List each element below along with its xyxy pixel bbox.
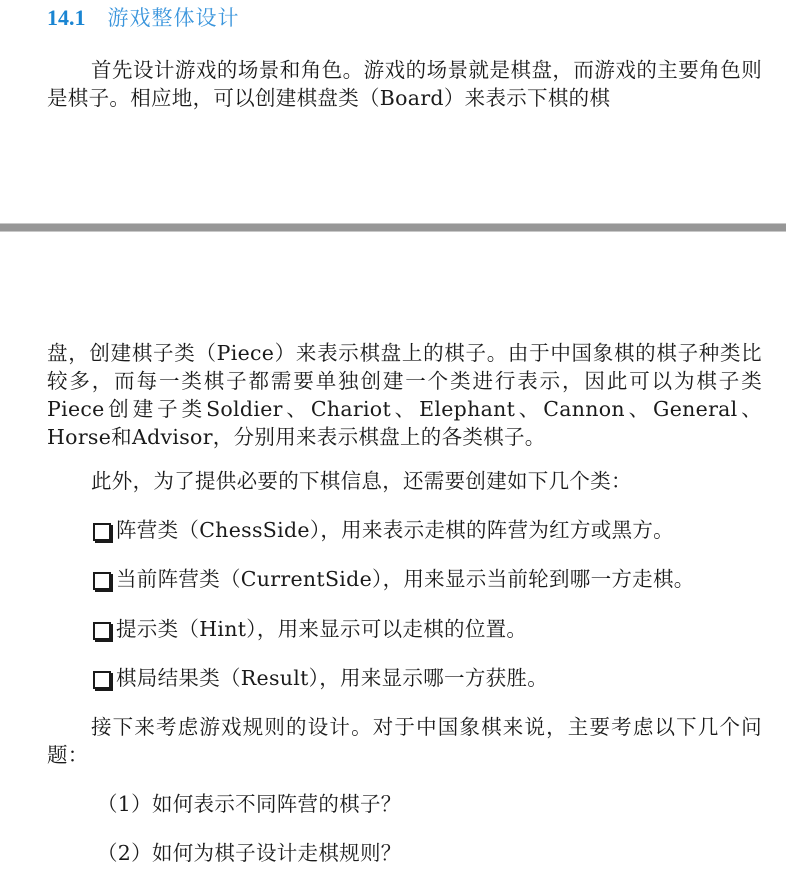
question-item: （1）如何表示不同阵营的棋子？	[97, 790, 402, 818]
list-item-text: 阵营类（ChessSide），用来表示走棋的阵营为红方或黑方。	[116, 516, 674, 544]
checkbox-bullet-icon	[93, 523, 111, 541]
list-item: 提示类（Hint），用来显示可以走棋的位置。	[93, 615, 527, 643]
paragraph-game-rules: 接下来考虑游戏规则的设计。对于中国象棋来说，主要考虑以下几个问题：	[47, 713, 762, 769]
list-item-text: 提示类（Hint），用来显示可以走棋的位置。	[116, 615, 527, 643]
list-item: 阵营类（ChessSide），用来表示走棋的阵营为红方或黑方。	[93, 516, 674, 544]
list-item-text: 当前阵营类（CurrentSide），用来显示当前轮到哪一方走棋。	[116, 565, 695, 593]
list-item: 棋局结果类（Result），用来显示哪一方获胜。	[93, 664, 548, 692]
section-title: 游戏整体设计	[108, 2, 240, 32]
paragraph-scene-roles: 首先设计游戏的场景和角色。游戏的场景就是棋盘，而游戏的主要角色则是棋子。相应地，…	[47, 56, 762, 112]
list-item: 当前阵营类（CurrentSide），用来显示当前轮到哪一方走棋。	[93, 565, 695, 593]
page-break-divider	[0, 223, 786, 232]
section-heading: 14.1 游戏整体设计	[47, 2, 240, 32]
list-item-text: 棋局结果类（Result），用来显示哪一方获胜。	[116, 664, 548, 692]
question-item: （2）如何为棋子设计走棋规则？	[97, 839, 402, 867]
paragraph-piece-classes: 盘，创建棋子类（Piece）来表示棋盘上的棋子。由于中国象棋的棋子种类比较多，而…	[47, 339, 762, 451]
checkbox-bullet-icon	[93, 572, 111, 590]
section-number: 14.1	[47, 5, 86, 31]
checkbox-bullet-icon	[93, 671, 111, 689]
paragraph-extra-classes: 此外，为了提供必要的下棋信息，还需要创建如下几个类：	[47, 467, 762, 495]
checkbox-bullet-icon	[93, 622, 111, 640]
